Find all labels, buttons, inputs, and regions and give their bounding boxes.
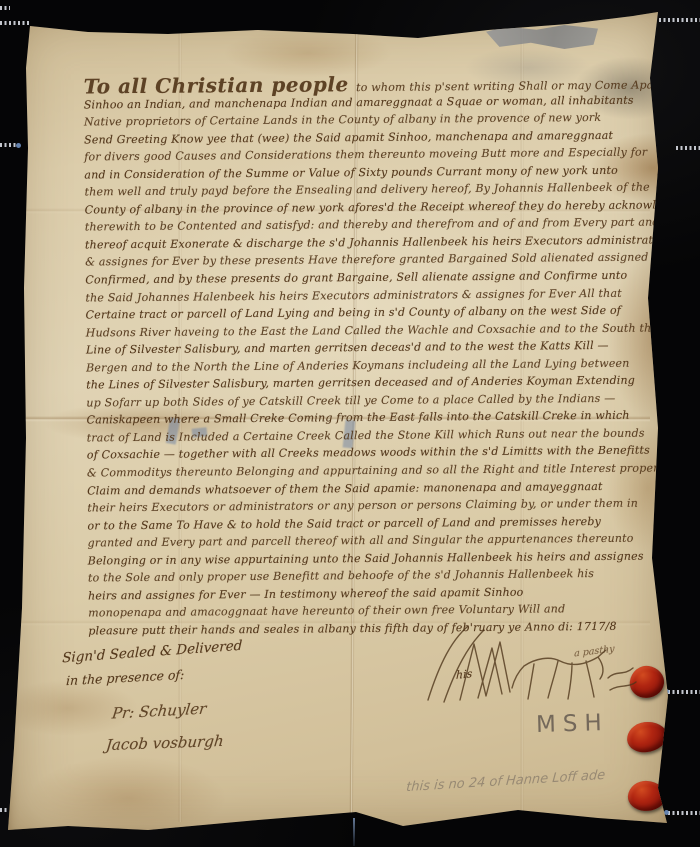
pencil-note: this is no 24 of Hanne Loff ade — [406, 768, 606, 795]
witness-signature: Pr: Schuyler — [111, 699, 208, 722]
witness-signature: Jacob vosburgh — [105, 732, 224, 754]
stitch-mark — [676, 146, 700, 150]
wax-seal — [627, 780, 667, 813]
thread-knot — [16, 143, 21, 148]
wax-seal — [626, 720, 669, 754]
thread-mark — [353, 818, 355, 846]
opening-phrase: To all Christian people — [84, 72, 357, 98]
wax-seal — [628, 664, 666, 700]
damage-patch — [486, 24, 598, 50]
stitch-mark — [650, 18, 700, 22]
photograph-of-deed: To all Christian people to whom this p's… — [0, 0, 700, 847]
stitch-mark — [668, 690, 700, 694]
small-ink-note: a pasthy — [574, 643, 615, 659]
manuscript-lines: To all Christian people to whom this p's… — [84, 74, 651, 640]
pencil-initials: MSH — [536, 710, 609, 738]
mark-label-his: his — [456, 667, 473, 682]
manuscript-paper: To all Christian people to whom this p's… — [8, 8, 670, 836]
attestation-line-2: in the presence of: — [66, 667, 185, 688]
stitch-mark — [0, 6, 10, 10]
stitch-mark — [0, 808, 8, 812]
stitch-mark — [668, 811, 700, 815]
stitch-mark — [0, 21, 30, 25]
manuscript-text: To all Christian people to whom this p's… — [84, 74, 651, 640]
attestation-line-1: Sign'd Sealed & Delivered — [62, 638, 243, 667]
